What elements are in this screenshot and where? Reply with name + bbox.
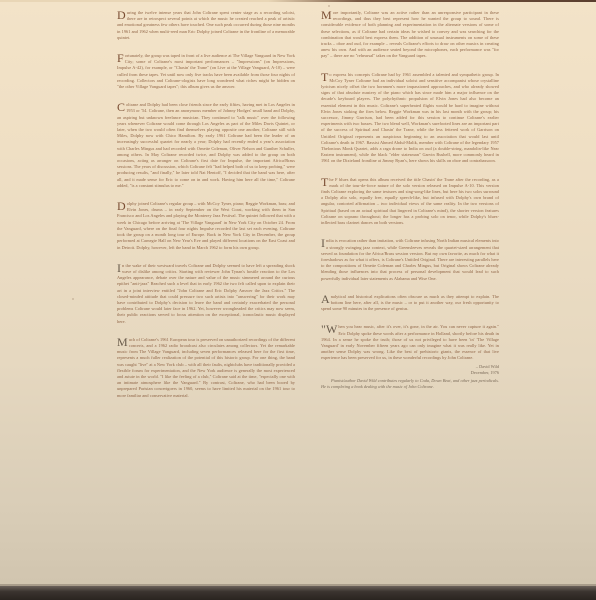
- album-top-edge: [0, 0, 596, 2]
- paragraph: The F blues that opens this album receiv…: [321, 177, 499, 227]
- drop-cap: F: [117, 54, 124, 62]
- drop-cap: M: [117, 338, 128, 346]
- paragraph: India is evocation rather than imitation…: [321, 238, 499, 281]
- drop-cap: D: [117, 202, 126, 210]
- paragraph: Fortunately, the group was taped in fron…: [117, 53, 295, 90]
- paragraph: Coltrane and Dolphy had been close frien…: [117, 102, 295, 189]
- paragraph: Much of Coltrane's 1961 European tour is…: [117, 337, 295, 399]
- paper-speck: [328, 5, 330, 7]
- paragraph: In the wake of their westward travels Co…: [117, 263, 295, 325]
- drop-cap: M: [321, 11, 332, 19]
- drop-cap: A: [321, 295, 330, 303]
- paragraph: More importantly, Coltrane was an active…: [321, 10, 499, 60]
- drop-cap: C: [117, 103, 125, 111]
- drop-cap: "W: [321, 325, 337, 333]
- paragraph: "When you hear music, after it's over, i…: [321, 324, 499, 361]
- right-text-column: More importantly, Coltrane was an active…: [321, 10, 499, 390]
- paragraph: To express his concepts Coltrane had by …: [321, 72, 499, 165]
- paper-speck: [72, 298, 74, 300]
- author-note: Pianist/author David Wild contributes re…: [321, 378, 499, 390]
- signature-date: December, 1976: [321, 370, 499, 376]
- drop-cap: T: [321, 73, 328, 81]
- drop-cap: D: [117, 11, 126, 19]
- paragraph: Dolphy joined Coltrane's regular group –…: [117, 201, 295, 251]
- paragraph: During the twelve intense years that Joh…: [117, 10, 295, 41]
- album-bottom-shadow: [0, 586, 596, 600]
- left-text-column: During the twelve intense years that Joh…: [117, 10, 295, 411]
- drop-cap: T: [321, 178, 328, 186]
- drop-cap: I: [321, 239, 325, 247]
- drop-cap: I: [117, 264, 121, 272]
- paragraph: Analytical and historical explications o…: [321, 294, 499, 313]
